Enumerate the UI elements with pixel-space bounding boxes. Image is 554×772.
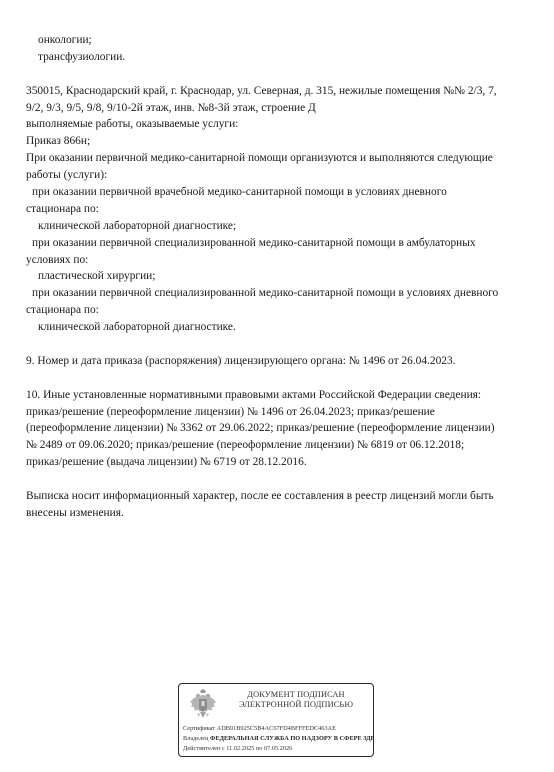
- stamp-title-line: ЭЛЕКТРОННОЙ ПОДПИСЬЮ: [221, 700, 371, 710]
- stamp-title: ДОКУМЕНТ ПОДПИСАН ЭЛЕКТРОННОЙ ПОДПИСЬЮ: [221, 690, 371, 710]
- order-reference: Приказ 866н;: [26, 133, 536, 150]
- section-9: 9. Номер и дата приказа (распоряжения) л…: [26, 353, 536, 370]
- document-page: онкологии; трансфузиологии. 350015, Крас…: [0, 0, 554, 772]
- certificate-label: Сертификат: [183, 725, 215, 732]
- spacer: [26, 471, 536, 488]
- russian-coat-of-arms-icon: [188, 688, 218, 720]
- spacer: [26, 336, 536, 353]
- works-label: выполняемые работы, оказываемые услуги:: [26, 116, 536, 133]
- spacer: [26, 370, 536, 387]
- service-condition: условиях по:: [26, 252, 536, 269]
- disclaimer-line: Выписка носит информационный характер, п…: [26, 488, 536, 505]
- section-10-line: № 2489 от 09.06.2020; приказ/решение (пе…: [26, 437, 536, 454]
- list-item: трансфузиологии.: [26, 49, 536, 66]
- stamp-title-line: ДОКУМЕНТ ПОДПИСАН: [221, 690, 371, 700]
- section-10-line: 10. Иные установленные нормативными прав…: [26, 387, 536, 404]
- owner-label: Владелец: [183, 735, 208, 742]
- address-line: 9/2, 9/3, 9/5, 9/8, 9/10-2й этаж, инв. №…: [26, 100, 536, 117]
- certificate-row: Сертификат ADB91B925C5B4AC67FD4BFFFEDC46…: [183, 725, 336, 733]
- service-item: клинической лабораторной диагностике.: [26, 319, 536, 336]
- section-10-line: приказ/решение (переоформление лицензии)…: [26, 404, 536, 421]
- disclaimer-line: внесены изменения.: [26, 505, 536, 522]
- service-condition: при оказании первичной специализированно…: [26, 285, 536, 302]
- service-condition: при оказании первичной специализированно…: [26, 235, 536, 252]
- certificate-value: ADB91B925C5B4AC67FD4BFFFEDC463AE: [217, 725, 336, 732]
- owner-row: Владелец ФЕДЕРАЛЬНАЯ СЛУЖБА ПО НАДЗОРУ В…: [183, 735, 374, 743]
- document-body: онкологии; трансфузиологии. 350015, Крас…: [26, 32, 536, 522]
- service-item: клинической лабораторной диагностике;: [26, 218, 536, 235]
- validity-row: Действителен с 11.02.2025 по 07.05.2026: [183, 745, 292, 753]
- service-condition: стационара по:: [26, 201, 536, 218]
- list-item: онкологии;: [26, 32, 536, 49]
- services-intro: работы (услуги):: [26, 167, 536, 184]
- owner-value: ФЕДЕРАЛЬНАЯ СЛУЖБА ПО НАДЗОРУ В СФЕРЕ ЗД…: [210, 735, 374, 742]
- section-10-line: (переоформление лицензии) № 3362 от 29.0…: [26, 420, 536, 437]
- electronic-signature-stamp: ДОКУМЕНТ ПОДПИСАН ЭЛЕКТРОННОЙ ПОДПИСЬЮ С…: [178, 683, 374, 757]
- services-intro: При оказании первичной медико-санитарной…: [26, 150, 536, 167]
- service-condition: при оказании первичной врачебной медико-…: [26, 184, 536, 201]
- section-10-line: приказ/решение (выдача лицензии) № 6719 …: [26, 454, 536, 471]
- service-condition: стационара по:: [26, 302, 536, 319]
- service-item: пластической хирургии;: [26, 268, 536, 285]
- address-line: 350015, Краснодарский край, г. Краснодар…: [26, 83, 536, 100]
- spacer: [26, 66, 536, 83]
